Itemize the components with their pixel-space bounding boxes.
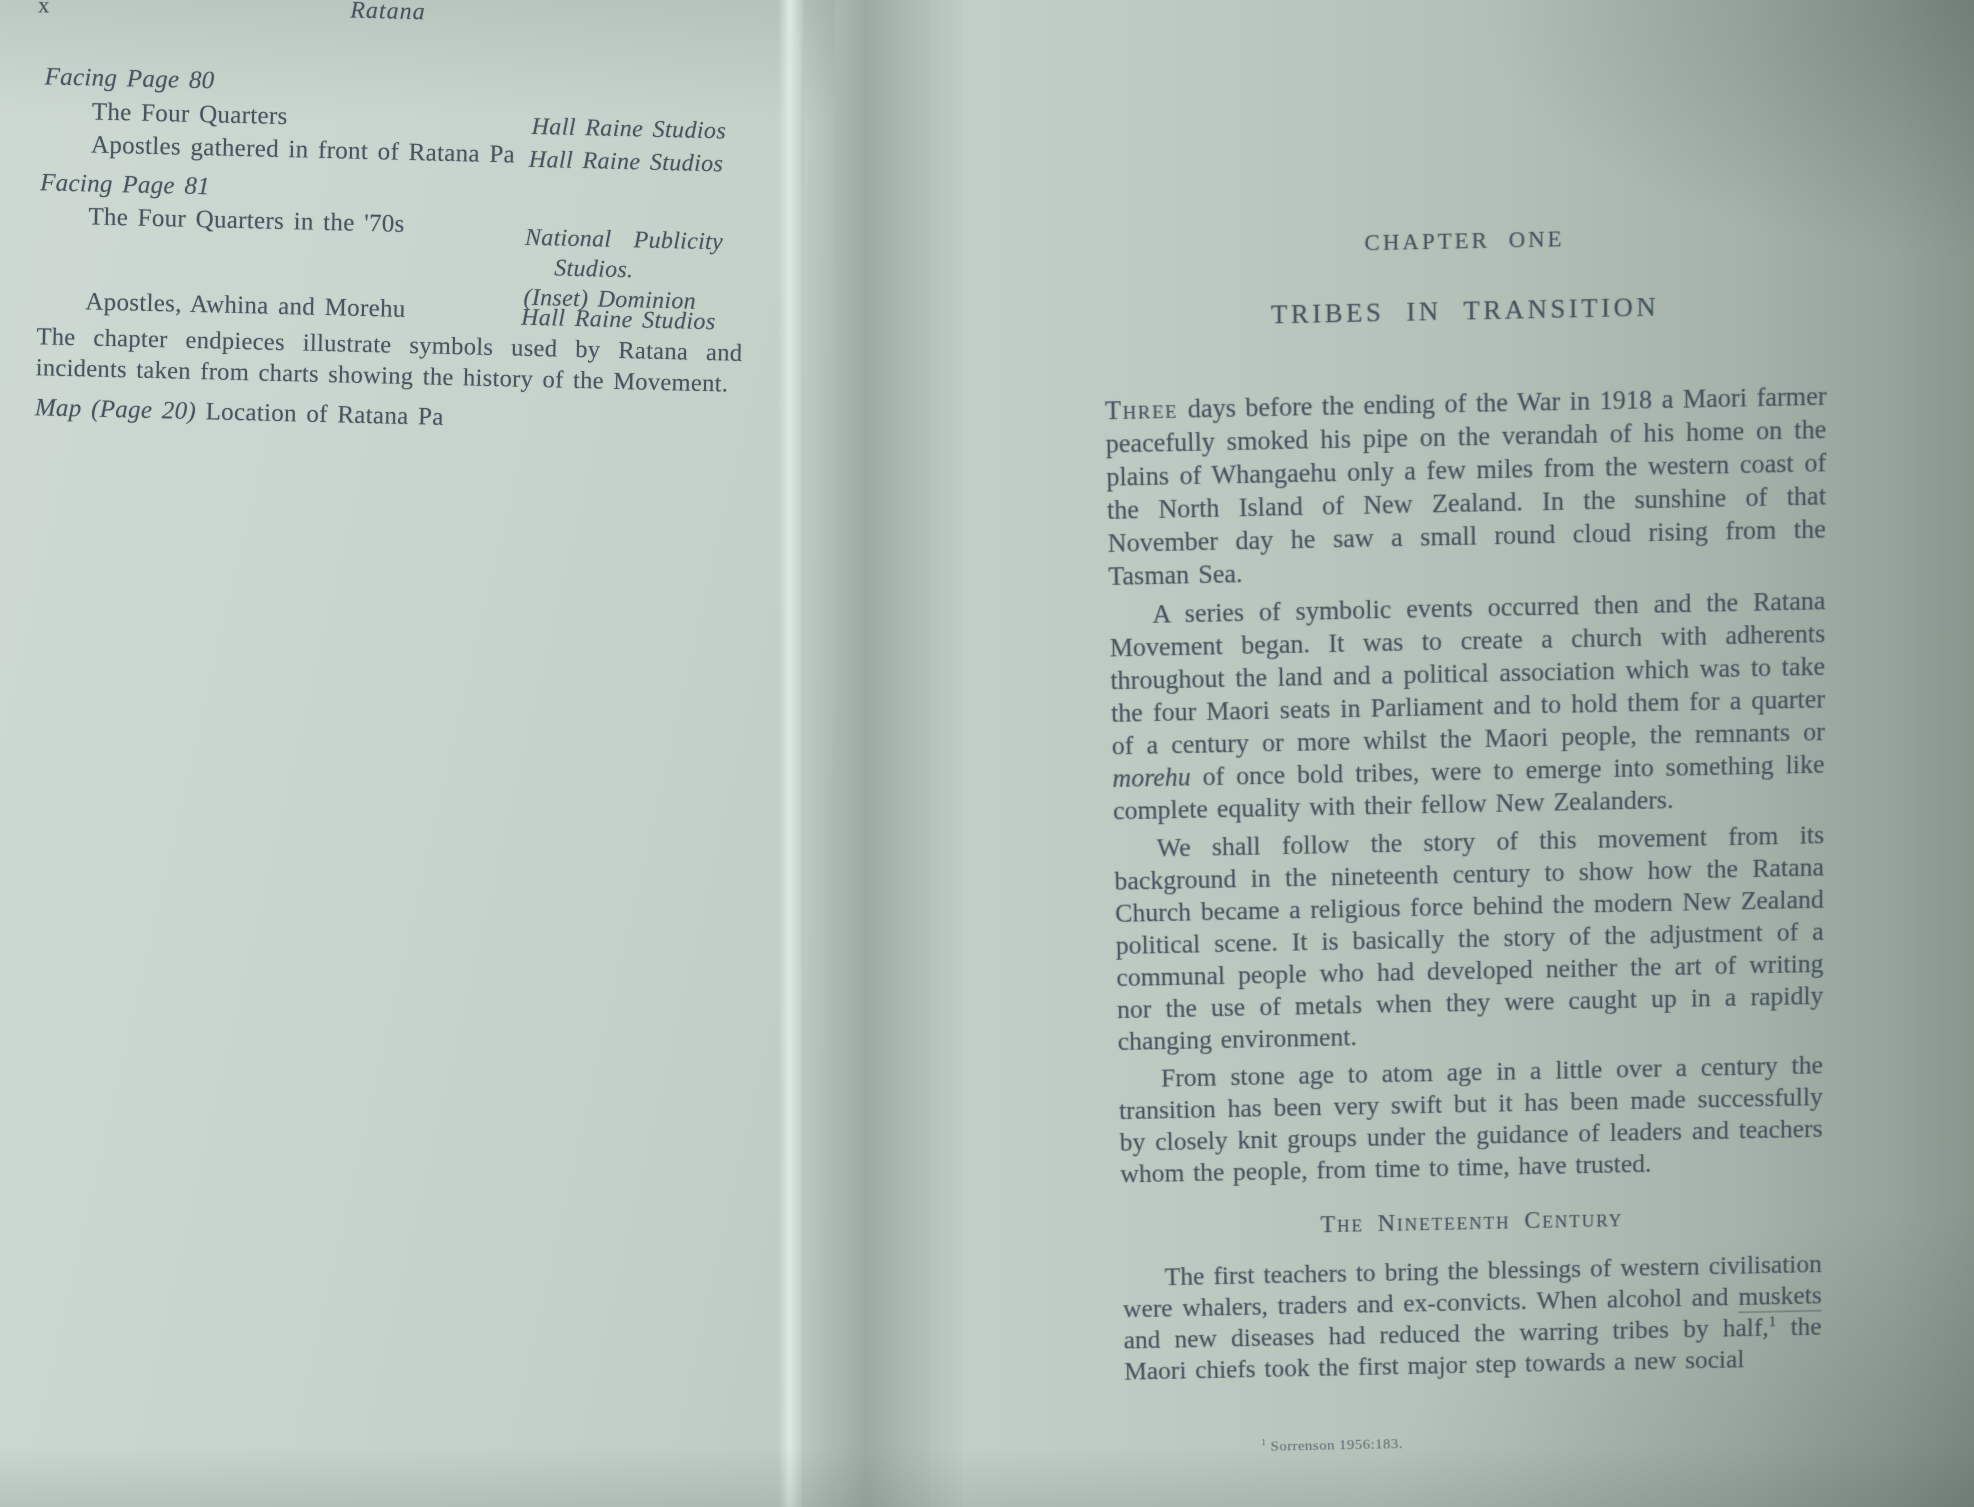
paragraph-2-text: A series of symbolic events occurred the… [1110, 586, 1826, 760]
paragraph-1: Three days before the ending of the War … [1105, 379, 1827, 592]
paragraph-1-text: days before the ending of the War in 191… [1105, 381, 1826, 591]
facing-page-81-heading: Facing Page 81 [40, 166, 211, 203]
running-header: Ratana [350, 0, 426, 29]
credit-line: National Publicity [525, 223, 724, 258]
illustration-credit: Hall Raine Studios [531, 111, 726, 149]
paragraph-3: We shall follow the story of this moveme… [1114, 818, 1825, 1057]
footnote-marker: 1 [1769, 1314, 1777, 1330]
lead-word-smallcaps: Three [1105, 394, 1179, 425]
book-photo: x Ratana Facing Page 80 The Four Quarter… [0, 0, 1974, 1507]
bottom-shadow [0, 1447, 1974, 1507]
credit-line: Studios. [554, 253, 723, 287]
paragraph-5-text: The first teachers to bring the blessing… [1123, 1250, 1822, 1323]
chapter-label: CHAPTER ONE [1101, 217, 1827, 265]
footnote-text: Sorrenson 1956:183. [1266, 1436, 1403, 1454]
paragraph-2: A series of symbolic events occurred the… [1109, 584, 1826, 827]
paragraph-5: The first teachers to bring the blessing… [1122, 1248, 1822, 1387]
paragraph-2-text: of once bold tribes, were to emerge into… [1113, 750, 1825, 825]
underlined-word: muskets [1738, 1281, 1821, 1313]
map-location-text: Location of Ratana Pa [205, 398, 444, 431]
morehu-italic: morehu [1112, 762, 1191, 792]
page-edge-highlight [778, 0, 804, 1507]
book-gutter-shadow [802, 0, 962, 1507]
section-heading: The Nineteenth Century [1121, 1200, 1822, 1246]
page-number: x [38, 0, 50, 21]
illustration-title: The Four Quarters [91, 95, 288, 133]
right-page: CHAPTER ONE TRIBES IN TRANSITION Three d… [1100, 145, 1828, 1465]
paragraph-4: From stone age to atom age in a little o… [1118, 1049, 1823, 1190]
facing-page-80-heading: Facing Page 80 [44, 60, 215, 97]
chapter-title: TRIBES IN TRANSITION [1103, 287, 1827, 335]
illustration-credit: Hall Raine Studios [528, 144, 723, 182]
map-label: Map (Page 20) [35, 394, 197, 425]
